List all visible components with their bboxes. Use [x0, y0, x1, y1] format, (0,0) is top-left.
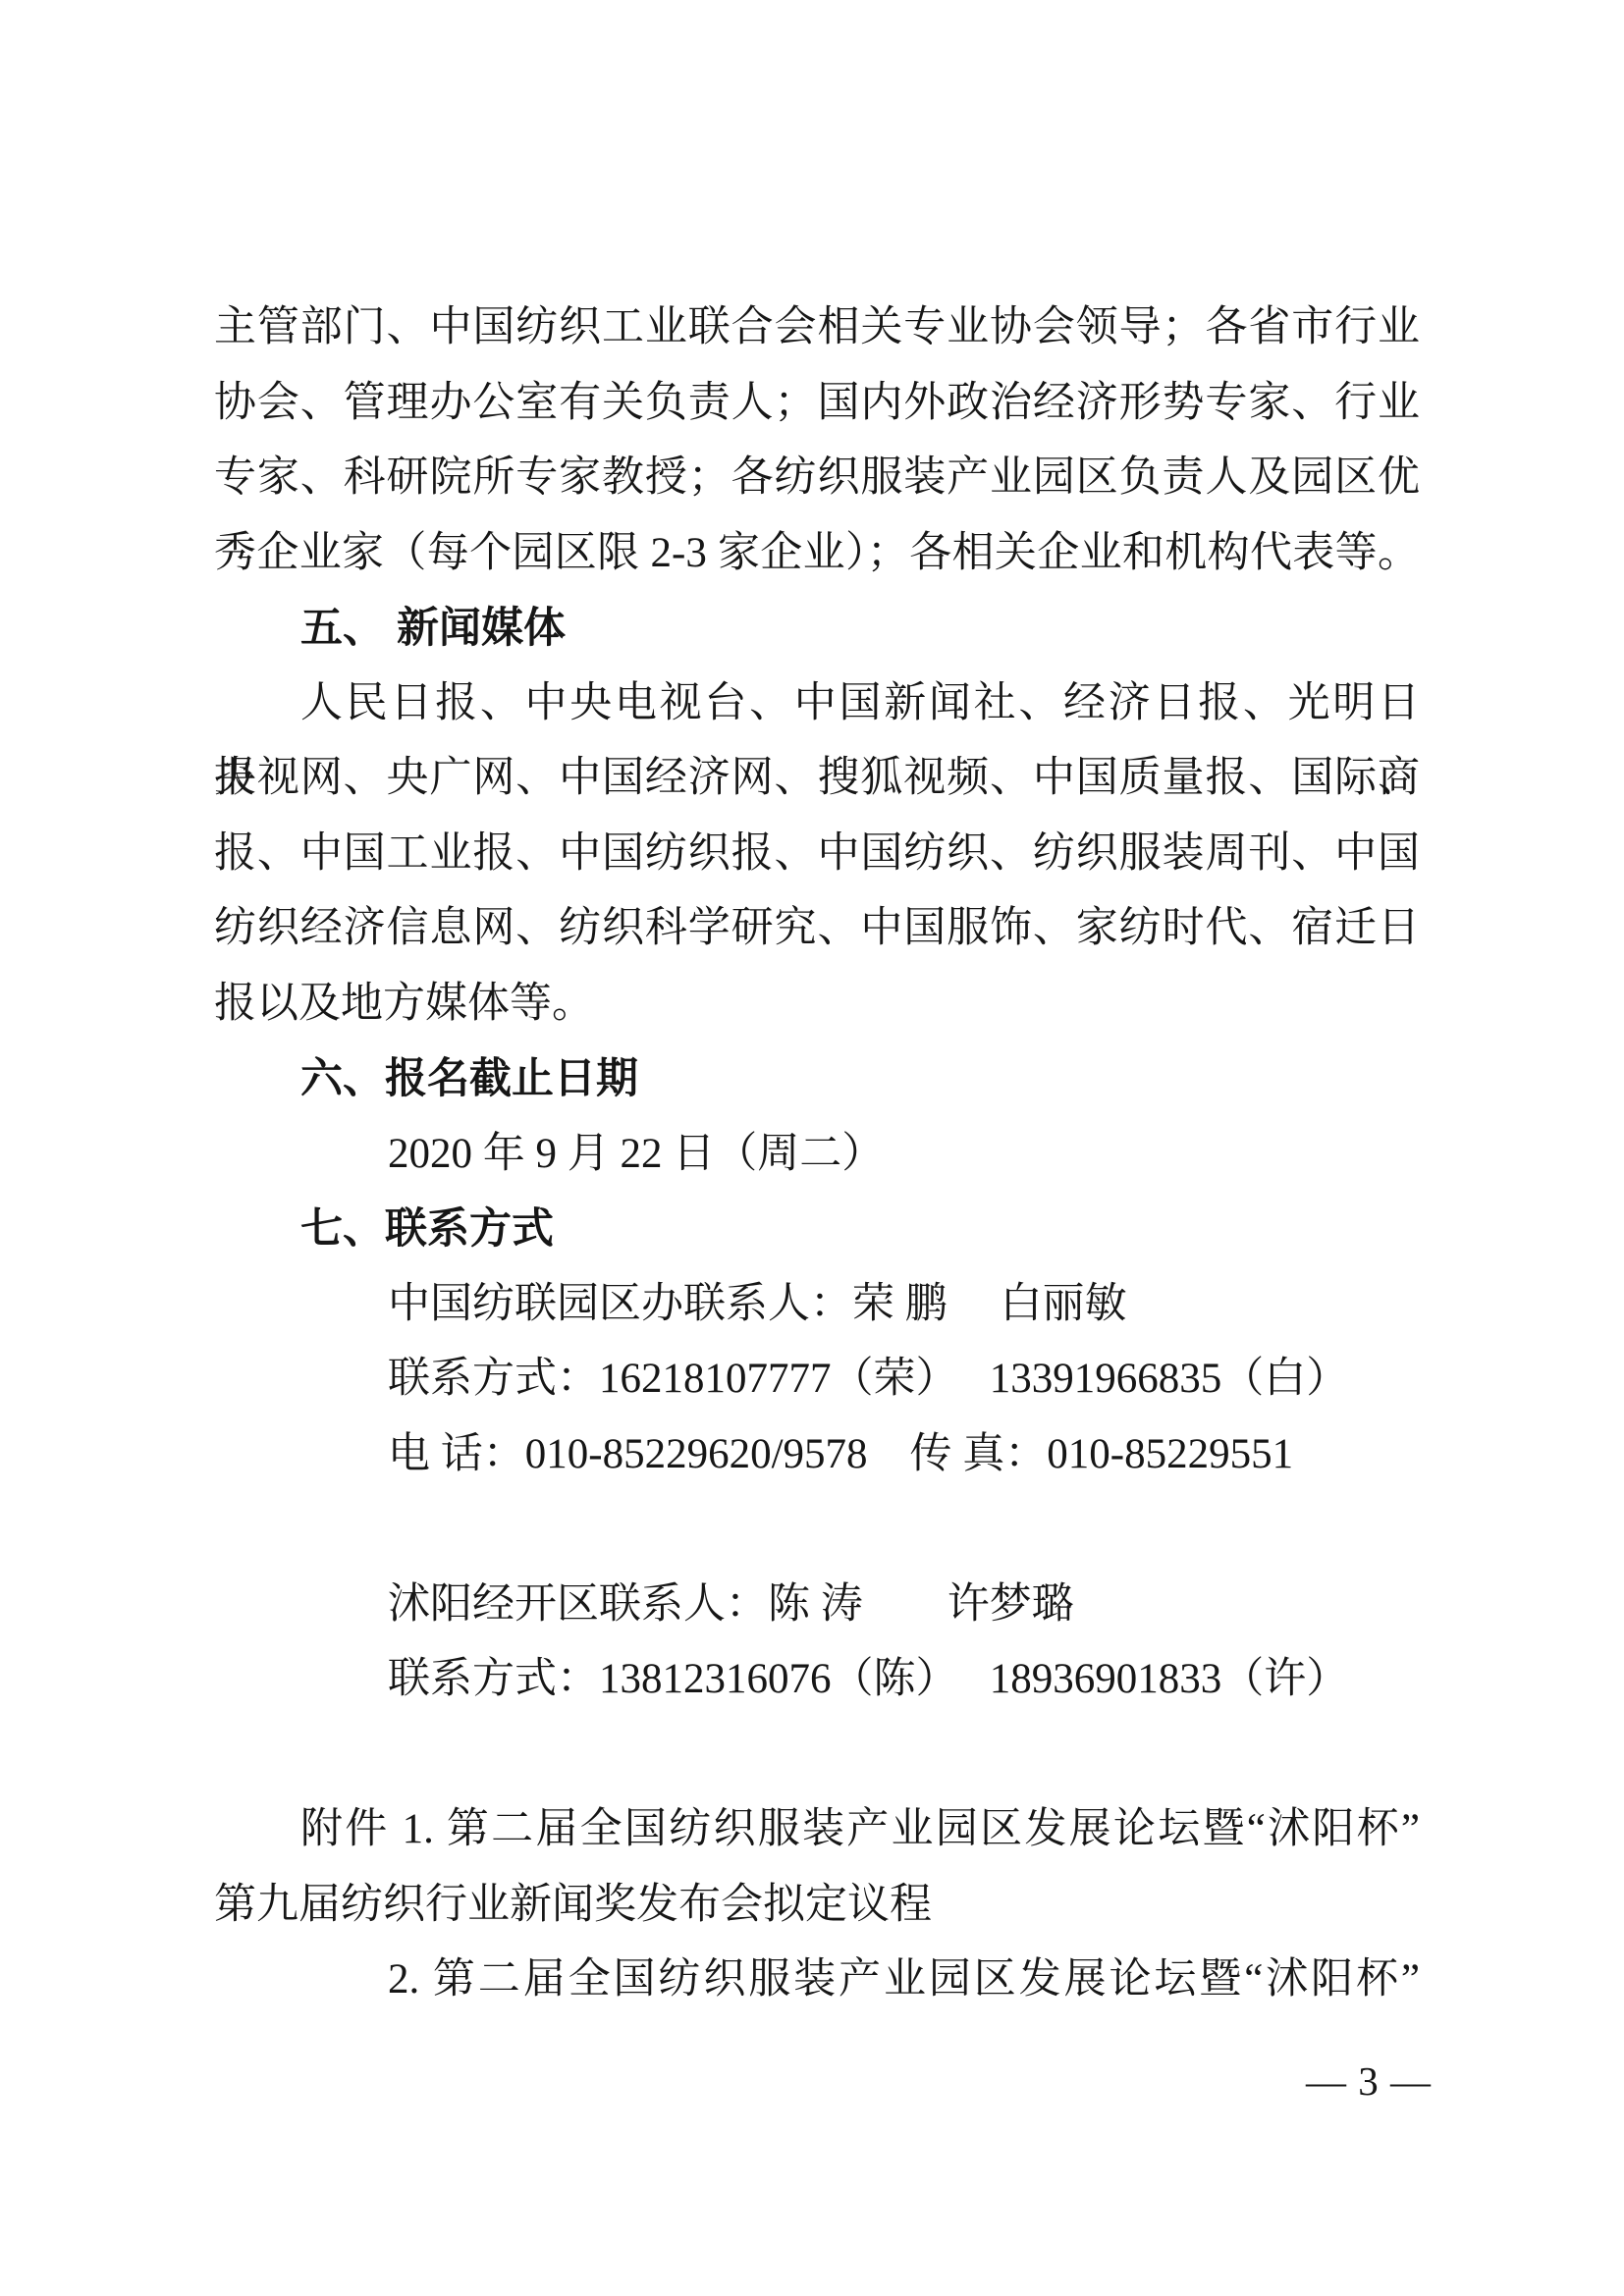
- body-line: 人民日报、中央电视台、中国新闻社、经济日报、光明日报、: [214, 667, 1420, 742]
- body-line: 主管部门、中国纺织工业联合会相关专业协会领导；各省市行业: [214, 291, 1420, 366]
- section-heading-7-contact: 七、联系方式: [214, 1192, 1420, 1267]
- document-body: 主管部门、中国纺织工业联合会相关专业协会领导；各省市行业 协会、管理办公室有关负…: [214, 291, 1420, 2018]
- body-line: 报以及地方媒体等。: [214, 967, 1420, 1042]
- contact-phone-line: 联系方式：13812316076（陈） 18936901833（许）: [214, 1642, 1420, 1718]
- body-line: 央视网、央广网、中国经济网、搜狐视频、中国质量报、国际商: [214, 741, 1420, 817]
- body-line: 协会、管理办公室有关负责人；国内外政治经济形势专家、行业: [214, 366, 1420, 442]
- attachment-2-line: 2. 第二届全国纺织服装产业园区发展论坛暨“沭阳杯”: [214, 1943, 1420, 2018]
- blank-line: [214, 1492, 1420, 1568]
- contact-person-line: 沭阳经开区联系人：陈 涛 许梦璐: [214, 1568, 1420, 1643]
- contact-tel-fax-line: 电 话：010-85229620/9578 传 真：010-85229551: [214, 1417, 1420, 1493]
- section-heading-5-news-media: 五、 新闻媒体: [214, 591, 1420, 667]
- deadline-date-line: 2020 年 9 月 22 日（周二）: [214, 1117, 1420, 1193]
- page-number: — 3 —: [1306, 2057, 1432, 2105]
- body-line: 报、中国工业报、中国纺织报、中国纺织、纺织服装周刊、中国: [214, 817, 1420, 892]
- attachment-1-line: 附件 1. 第二届全国纺织服装产业园区发展论坛暨“沭阳杯”: [214, 1792, 1420, 1868]
- body-line: 秀企业家（每个园区限 2-3 家企业）；各相关企业和机构代表等。: [214, 516, 1420, 592]
- contact-person-line: 中国纺联园区办联系人：荣 鹏 白丽敏: [214, 1267, 1420, 1343]
- body-line: 专家、科研院所专家教授；各纺织服装产业园区负责人及园区优: [214, 441, 1420, 516]
- contact-phone-line: 联系方式：16218107777（荣） 13391966835（白）: [214, 1342, 1420, 1417]
- document-page: 主管部门、中国纺织工业联合会相关专业协会领导；各省市行业 协会、管理办公室有关负…: [0, 0, 1624, 2296]
- blank-line: [214, 1718, 1420, 1793]
- attachment-1-continuation-line: 第九届纺织行业新闻奖发布会拟定议程: [214, 1868, 1420, 1944]
- section-heading-6-deadline: 六、报名截止日期: [214, 1041, 1420, 1117]
- body-line: 纺织经济信息网、纺织科学研究、中国服饰、家纺时代、宿迁日: [214, 891, 1420, 967]
